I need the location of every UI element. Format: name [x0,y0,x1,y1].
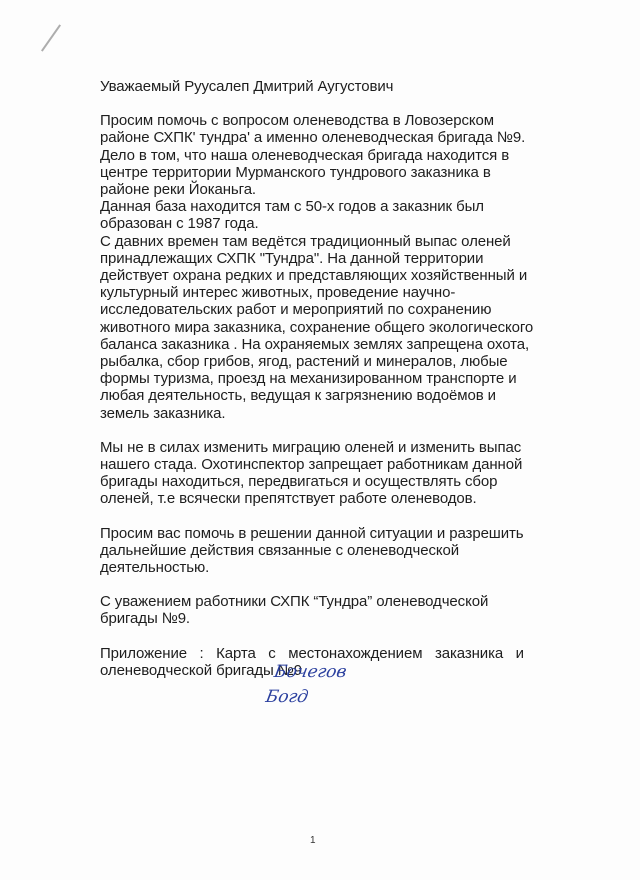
text-line: центре территории Мурманского тундрового… [100,164,540,181]
text-line: Дело в том, что наша оленеводческая бриг… [100,147,540,164]
text-line: земель заказника. [100,405,540,422]
text-line: бригады №9. [100,610,540,627]
text-line: Просим помочь с вопросом оленеводства в … [100,112,540,129]
signature-1: Бочегов [272,660,349,685]
closing: С уважением работники СХПК “Тундра” олен… [100,593,540,627]
text-line: С давних времен там ведётся традиционный… [100,233,540,250]
text-line: дальнейшие действия связанные с оленевод… [100,542,540,559]
text-line: нашего стада. Охотинспектор запрещает ра… [100,456,540,473]
margin-pen-mark [41,24,61,51]
word: заказника [435,645,503,662]
document-page: Уважаемый Руусалеп Дмитрий Аугустович Пр… [0,0,640,880]
text-line: деятельностью. [100,559,540,576]
text-line: бригады находиться, передвигаться и осущ… [100,473,540,490]
paragraph-plea: Просим вас помочь в решении данной ситуа… [100,525,540,577]
word: и [516,645,524,662]
word: : [200,645,204,662]
text-line: Просим вас помочь в решении данной ситуа… [100,525,540,542]
signature-2: Богд [264,685,345,710]
page-number: 1 [310,835,316,846]
text-line: образован с 1987 года. [100,215,540,232]
paragraph-migration: Мы не в силах изменить миграцию оленей и… [100,439,540,508]
text-line: животного мира заказника, сохранение общ… [100,319,540,336]
text-line: действует охрана редких и представляющих… [100,267,540,284]
text-line: принадлежащих СХПК "Тундра". На данной т… [100,250,540,267]
text-line: районе реки Йоканьга. [100,181,540,198]
text-line: культурный интерес животных, проведение … [100,284,540,301]
text-line: С уважением работники СХПК “Тундра” олен… [100,593,540,610]
text-line: любая деятельность, ведущая к загрязнени… [100,387,540,404]
text-line: исследовательских работ и мероприятий по… [100,301,540,318]
letter-body: Уважаемый Руусалеп Дмитрий Аугустович Пр… [100,78,540,679]
text-line: баланса заказника . На охраняемых землях… [100,336,540,353]
word: Карта [216,645,256,662]
paragraph-request: Просим помочь с вопросом оленеводства в … [100,112,540,422]
word: с [268,645,275,662]
text-line: рыбалка, сбор грибов, ягод, растений и м… [100,353,540,370]
salutation: Уважаемый Руусалеп Дмитрий Аугустович [100,78,540,95]
word: Приложение [100,645,187,662]
handwritten-signatures: Бочегов Богд [268,660,349,710]
text-line: Данная база находится там с 50-х годов а… [100,198,540,215]
text-line: формы туризма, проезд на механизированно… [100,370,540,387]
text-line: оленей, т.е всячески препятствует работе… [100,490,540,507]
text-line: Мы не в силах изменить миграцию оленей и… [100,439,540,456]
text-line: районе СХПК' тундра' а именно оленеводче… [100,129,540,146]
